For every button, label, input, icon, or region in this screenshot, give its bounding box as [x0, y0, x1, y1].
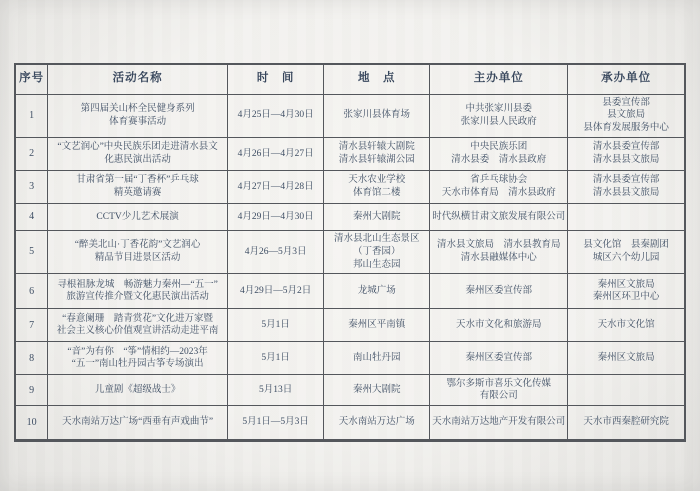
cell-host: 天水市文化和旅游局: [430, 309, 568, 342]
cell-host: 中央民族乐团 清水县委 清水县政府: [430, 137, 568, 170]
cell-place: 清水县轩辕大剧院 清水县轩辕湖公园: [324, 137, 430, 170]
header-host-unit: 主办单位: [430, 64, 568, 94]
header-time: 时 间: [227, 64, 323, 94]
cell-organizer: [568, 203, 685, 230]
scanned-document-page: 序号 活动名称 时 间 地 点 主办单位 承办单位 1第四届关山杯全民健身系列 …: [0, 0, 700, 491]
cell-host: 天水南站万达地产开发有限公司: [430, 406, 568, 441]
cell-place: 秦州区平南镇: [324, 309, 430, 342]
table-row: 8“音”为有你 “筝”情相约—2023年 “五一”南山牡丹园古筝专场演出5月1日…: [15, 342, 685, 375]
cell-no: 9: [15, 375, 48, 406]
cell-no: 5: [15, 230, 48, 273]
cell-host: 中共张家川县委 张家川县人民政府: [430, 94, 568, 137]
cell-no: 1: [15, 94, 48, 137]
cell-host: 鄂尔多斯市喜乐文化传媒 有限公司: [430, 375, 568, 406]
cell-name: “醉美北山·丁香花韵”文艺润心 精品节目进景区活动: [48, 230, 228, 273]
cell-time: 5月13日: [227, 375, 323, 406]
cell-time: 4月29日—5月2日: [227, 274, 323, 309]
cell-time: 4月26—5月3日: [227, 230, 323, 273]
header-no: 序号: [15, 64, 48, 94]
cell-name: 天水南站万达广场“西垂有声戏曲节”: [48, 406, 228, 441]
cell-time: 4月25日—4月30日: [227, 94, 323, 137]
cell-place: 秦州大剧院: [324, 375, 430, 406]
cell-time: 4月27日—4月28日: [227, 170, 323, 203]
table-row: 3甘肃省第一届“丁香杯”乒乓球 精英邀请赛4月27日—4月28日天水农业学校 体…: [15, 170, 685, 203]
cell-host: 秦州区委宣传部: [430, 274, 568, 309]
cell-host: 清水县文旅局 清水县教育局 清水县融媒体中心: [430, 230, 568, 273]
table-row: 5“醉美北山·丁香花韵”文艺润心 精品节目进景区活动4月26—5月3日清水县北山…: [15, 230, 685, 273]
cell-name: “音”为有你 “筝”情相约—2023年 “五一”南山牡丹园古筝专场演出: [48, 342, 228, 375]
cell-place: 天水农业学校 体育馆二楼: [324, 170, 430, 203]
cell-host: 省乒乓球协会 天水市体育局 清水县政府: [430, 170, 568, 203]
table-row: 4CCTV少儿艺术展演4月29日—4月30日秦州大剧院时代纵横甘肃文旅发展有限公…: [15, 203, 685, 230]
header-activity-name: 活动名称: [48, 64, 228, 94]
cell-place: 秦州大剧院: [324, 203, 430, 230]
cell-place: 张家川县体育场: [324, 94, 430, 137]
cell-no: 7: [15, 309, 48, 342]
activity-table-body: 1第四届关山杯全民健身系列 体育赛事活动4月25日—4月30日张家川县体育场中共…: [15, 94, 685, 441]
cell-place: 南山牡丹园: [324, 342, 430, 375]
cell-organizer: [568, 375, 685, 406]
cell-place: 龙城广场: [324, 274, 430, 309]
cell-place: 天水南站万达广场: [324, 406, 430, 441]
cell-organizer: 秦州区文旅局: [568, 342, 685, 375]
cell-name: 寻根祖脉龙城 畅游魅力秦州—“五一” 旅游宣传推介暨文化惠民演出活动: [48, 274, 228, 309]
cell-organizer: 秦州区文旅局 秦州区环卫中心: [568, 274, 685, 309]
cell-time: 5月1日: [227, 342, 323, 375]
cell-no: 8: [15, 342, 48, 375]
table-row: 6寻根祖脉龙城 畅游魅力秦州—“五一” 旅游宣传推介暨文化惠民演出活动4月29日…: [15, 274, 685, 309]
cell-time: 4月26日—4月27日: [227, 137, 323, 170]
cell-name: 儿童剧《超级战士》: [48, 375, 228, 406]
cell-no: 4: [15, 203, 48, 230]
cell-name: 甘肃省第一届“丁香杯”乒乓球 精英邀请赛: [48, 170, 228, 203]
cell-organizer: 天水市文化馆: [568, 309, 685, 342]
cell-host: 秦州区委宣传部: [430, 342, 568, 375]
header-place: 地 点: [324, 64, 430, 94]
cell-no: 10: [15, 406, 48, 441]
cell-place: 清水县北山生态景区 （丁香园） 邦山生态园: [324, 230, 430, 273]
cell-organizer: 清水县委宣传部 清水县县文旅局: [568, 170, 685, 203]
cell-time: 4月29日—4月30日: [227, 203, 323, 230]
header-organizer-unit: 承办单位: [568, 64, 685, 94]
cell-organizer: 县文化馆 县秦剧团 城区六个幼儿园: [568, 230, 685, 273]
cell-no: 3: [15, 170, 48, 203]
cell-organizer: 清水县委宣传部 清水县县文旅局: [568, 137, 685, 170]
table-row: 10天水南站万达广场“西垂有声戏曲节”5月1日—5月3日天水南站万达广场天水南站…: [15, 406, 685, 441]
cell-name: “春意阑珊 踏青赏花”文化进万家暨 社会主义核心价值观宣讲活动走进平南: [48, 309, 228, 342]
cell-host: 时代纵横甘肃文旅发展有限公司: [430, 203, 568, 230]
table-row: 9儿童剧《超级战士》5月13日秦州大剧院鄂尔多斯市喜乐文化传媒 有限公司: [15, 375, 685, 406]
table-row: 1第四届关山杯全民健身系列 体育赛事活动4月25日—4月30日张家川县体育场中共…: [15, 94, 685, 137]
cell-name: 第四届关山杯全民健身系列 体育赛事活动: [48, 94, 228, 137]
cell-time: 5月1日: [227, 309, 323, 342]
cell-name: CCTV少儿艺术展演: [48, 203, 228, 230]
cell-time: 5月1日—5月3日: [227, 406, 323, 441]
table-header-row: 序号 活动名称 时 间 地 点 主办单位 承办单位: [15, 64, 685, 94]
activity-schedule-table-wrap: 序号 活动名称 时 间 地 点 主办单位 承办单位 1第四届关山杯全民健身系列 …: [14, 63, 686, 442]
cell-name: “文艺润心”中央民族乐团走进清水县文 化惠民演出活动: [48, 137, 228, 170]
cell-organizer: 县委宣传部 县文旅局 县体育发展服务中心: [568, 94, 685, 137]
activity-schedule-table: 序号 活动名称 时 间 地 点 主办单位 承办单位 1第四届关山杯全民健身系列 …: [14, 63, 686, 442]
table-row: 2“文艺润心”中央民族乐团走进清水县文 化惠民演出活动4月26日—4月27日清水…: [15, 137, 685, 170]
cell-no: 6: [15, 274, 48, 309]
table-row: 7“春意阑珊 踏青赏花”文化进万家暨 社会主义核心价值观宣讲活动走进平南5月1日…: [15, 309, 685, 342]
cell-organizer: 天水市西秦腔研究院: [568, 406, 685, 441]
cell-no: 2: [15, 137, 48, 170]
